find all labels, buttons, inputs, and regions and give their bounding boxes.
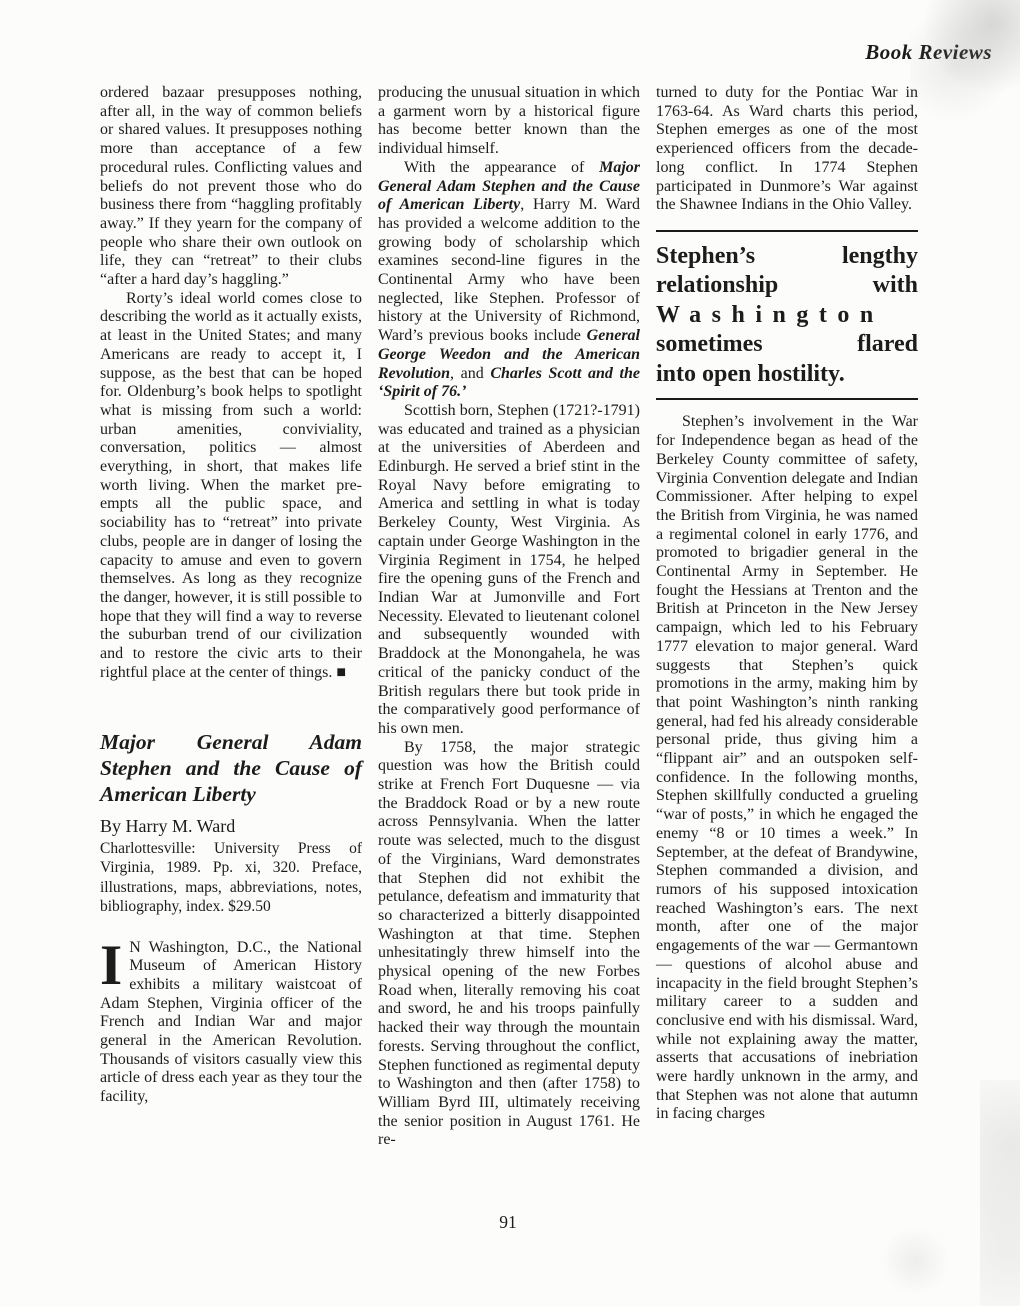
paragraph: IN Washington, D.C., the National Museum… [100, 939, 362, 1107]
column-middle: producing the unusual situation in which… [378, 84, 640, 1150]
paragraph: By 1758, the major strategic question wa… [378, 739, 640, 1150]
paragraph: Rorty’s ideal world comes close to descr… [100, 290, 362, 683]
pullquote-rule-top [656, 230, 918, 232]
pullquote-rule-bottom [656, 398, 918, 400]
pull-quote-line: relationship with [656, 271, 918, 301]
column-right: turned to duty for the Pontiac War in 17… [656, 84, 918, 1150]
paragraph-text: , Harry M. Ward has provided a welcome a… [378, 196, 640, 344]
scan-noise-right-edge [980, 1080, 1020, 1306]
paragraph-text: , and [450, 365, 490, 382]
paragraph-text: N Washington, D.C., the National Museum … [100, 939, 362, 1106]
pull-quote-line: Stephen’s lengthy [656, 242, 918, 272]
imprint: Charlottesville: University Press of Vir… [100, 839, 362, 917]
paragraph-text: With the appearance of [404, 159, 599, 176]
scan-noise-bottom-right [870, 1226, 960, 1296]
paragraph: Scottish born, Stephen (1721?-1791) was … [378, 402, 640, 739]
pull-quote: Stephen’s lengthy relationship with Wash… [656, 242, 918, 390]
text-columns: ordered bazaar presupposes nothing, afte… [100, 84, 916, 1150]
pull-quote-line: Washington [656, 301, 918, 331]
byline: By Harry M. Ward [100, 815, 362, 837]
pull-quote-line: into open hostility. [656, 360, 918, 390]
paragraph: Stephen’s involvement in the War for Ind… [656, 413, 918, 1124]
drop-cap: I [100, 939, 129, 989]
page-number: 91 [100, 1212, 916, 1233]
paragraph: turned to duty for the Pontiac War in 17… [656, 84, 918, 215]
running-head: Book Reviews [865, 40, 992, 65]
column-left: ordered bazaar presupposes nothing, afte… [100, 84, 362, 1150]
paragraph: producing the unusual situation in which… [378, 84, 640, 159]
paragraph: ordered bazaar presupposes nothing, afte… [100, 84, 362, 290]
review-title: Major General Adam Stephen and the Cause… [100, 729, 362, 807]
pull-quote-line: sometimes flared [656, 330, 918, 360]
paragraph: With the appearance of Major General Ada… [378, 159, 640, 402]
scanned-book-review-page: Book Reviews ordered bazaar presupposes … [0, 0, 1020, 1306]
